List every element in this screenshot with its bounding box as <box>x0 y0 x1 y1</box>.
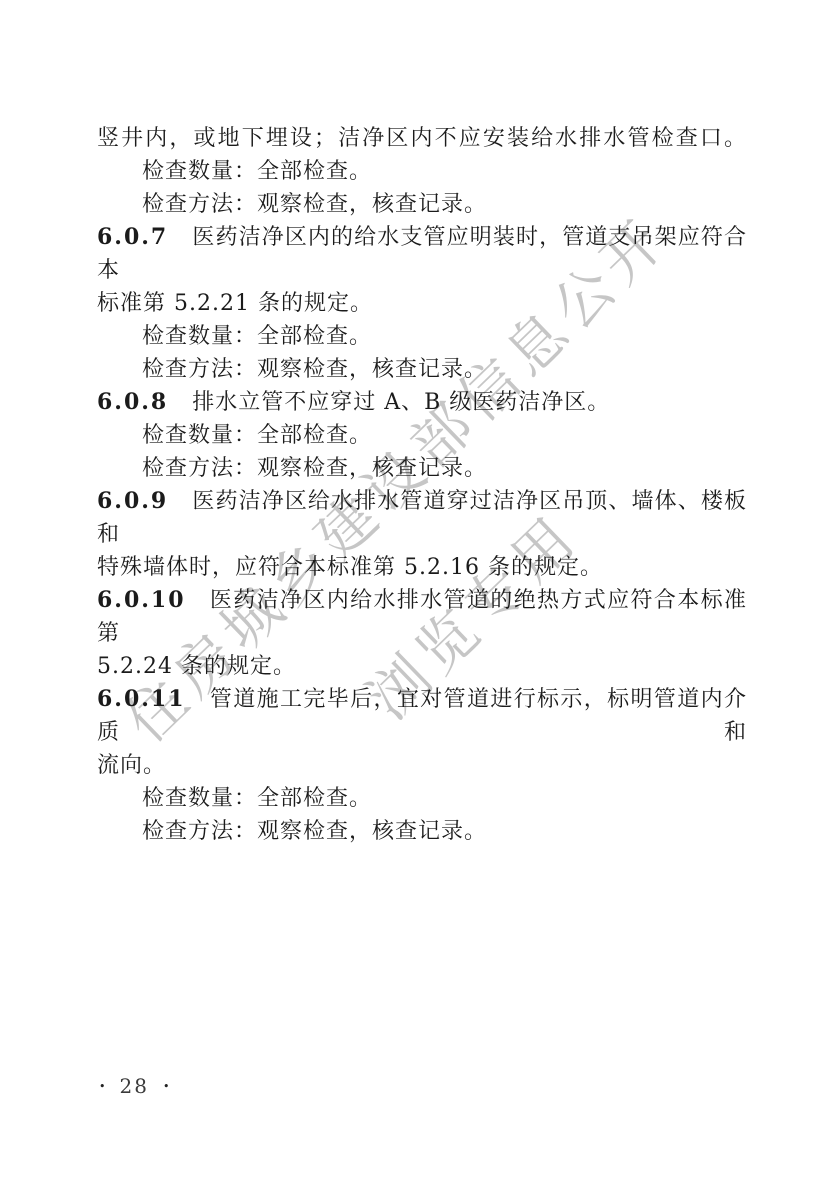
line-text: 检查数量：全部检查。 <box>142 786 372 811</box>
page-number-left-dot: • <box>99 1080 106 1093</box>
body-line-clause: 6.0.7医药洁净区内的给水支管应明装时，管道支吊架应符合本 <box>97 221 747 287</box>
page-number: • 28 • <box>99 1074 169 1098</box>
body-line: 检查方法：观察检查，核查记录。 <box>97 188 747 221</box>
clause-number: 6.0.8 <box>97 389 168 415</box>
body-line-clause: 6.0.8排水立管不应穿过 A、B 级医药洁净区。 <box>97 386 747 419</box>
body-line: 检查方法：观察检查，核查记录。 <box>97 452 747 485</box>
line-text: 检查方法：观察检查，核查记录。 <box>142 819 487 844</box>
page-number-value: 28 <box>120 1074 149 1098</box>
body-line: 检查方法：观察检查，核查记录。 <box>97 815 747 848</box>
body-line-clause: 6.0.10医药洁净区内给水排水管道的绝热方式应符合本标准第 <box>97 584 747 650</box>
body-line: 检查数量：全部检查。 <box>97 320 747 353</box>
clause-number: 6.0.9 <box>97 488 168 514</box>
clause-number: 6.0.11 <box>97 686 186 712</box>
line-text: 标准第 5.2.21 条的规定。 <box>97 291 373 316</box>
body-line: 竖井内，或地下埋设；洁净区内不应安装给水排水管检查口。 <box>97 122 747 155</box>
clause-number: 6.0.10 <box>97 587 186 613</box>
line-text: 检查数量：全部检查。 <box>142 423 372 448</box>
body-line: 检查数量：全部检查。 <box>97 155 747 188</box>
body-line-clause: 6.0.11管道施工完毕后，宜对管道进行标示，标明管道内介质和 <box>97 683 747 749</box>
line-text: 5.2.24 条的规定。 <box>97 654 296 679</box>
body-line: 流向。 <box>97 749 747 782</box>
body-line-clause: 6.0.9医药洁净区给水排水管道穿过洁净区吊顶、墙体、楼板和 <box>97 485 747 551</box>
line-text: 竖井内，或地下埋设；洁净区内不应安装给水排水管检查口。 <box>97 126 747 151</box>
line-text: 检查数量：全部检查。 <box>142 159 372 184</box>
line-text: 管道施工完毕后，宜对管道进行标示，标明管道内介质和 <box>97 687 747 745</box>
body-line: 5.2.24 条的规定。 <box>97 650 747 683</box>
body-line: 特殊墙体时，应符合本标准第 5.2.16 条的规定。 <box>97 551 747 584</box>
line-text: 检查方法：观察检查，核查记录。 <box>142 357 487 382</box>
body-line: 检查数量：全部检查。 <box>97 419 747 452</box>
document-body: 竖井内，或地下埋设；洁净区内不应安装给水排水管检查口。 检查数量：全部检查。 检… <box>97 122 747 848</box>
line-text: 流向。 <box>97 753 166 778</box>
body-line: 检查方法：观察检查，核查记录。 <box>97 353 747 386</box>
line-text: 检查方法：观察检查，核查记录。 <box>142 192 487 217</box>
line-text: 排水立管不应穿过 A、B 级医药洁净区。 <box>192 390 610 415</box>
line-text: 医药洁净区内给水排水管道的绝热方式应符合本标准第 <box>97 588 747 646</box>
body-line: 标准第 5.2.21 条的规定。 <box>97 287 747 320</box>
line-text: 医药洁净区内的给水支管应明装时，管道支吊架应符合本 <box>97 225 747 283</box>
document-page: 住房城乡建设部信息公开 浏览专用 竖井内，或地下埋设；洁净区内不应安装给水排水管… <box>0 0 827 1200</box>
line-text: 检查数量：全部检查。 <box>142 324 372 349</box>
line-text: 检查方法：观察检查，核查记录。 <box>142 456 487 481</box>
body-line: 检查数量：全部检查。 <box>97 782 747 815</box>
line-text: 医药洁净区给水排水管道穿过洁净区吊顶、墙体、楼板和 <box>97 489 747 547</box>
clause-number: 6.0.7 <box>97 224 168 250</box>
page-number-right-dot: • <box>163 1080 170 1093</box>
line-text: 特殊墙体时，应符合本标准第 5.2.16 条的规定。 <box>97 555 603 580</box>
